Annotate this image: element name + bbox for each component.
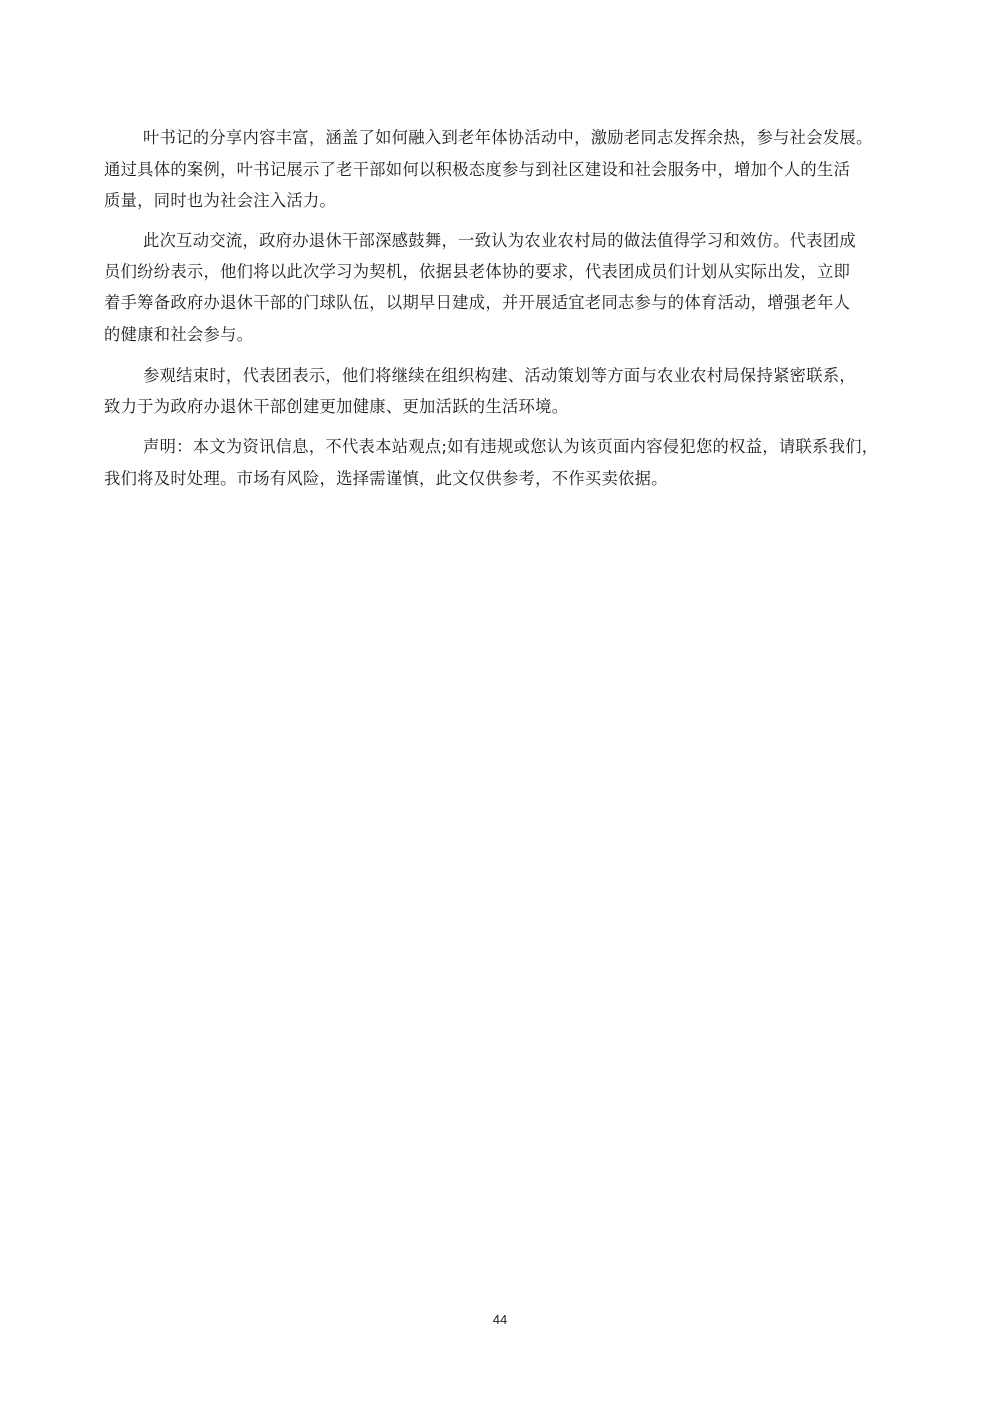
paragraph-2-line-4: 的健康和社会参与。 <box>104 325 253 345</box>
disclaimer-line-1: 声明：本文为资讯信息，不代表本站观点;如有违规或您认为该页面内容侵犯您的权益，请… <box>143 437 878 457</box>
paragraph-3-line-1: 参观结束时，代表团表示，他们将继续在组织构建、活动策划等方面与农业农村局保持紧密… <box>143 366 856 386</box>
paragraph-1-line-2: 通过具体的案例，叶书记展示了老干部如何以积极态度参与到社区建设和社会服务中，增加… <box>104 160 850 180</box>
paragraph-2-line-3: 着手筹备政府办退休干部的门球队伍，以期早日建成，并开展适宜老同志参与的体育活动，… <box>104 293 850 313</box>
page-number: 44 <box>0 1312 1000 1327</box>
paragraph-2-line-2: 员们纷纷表示，他们将以此次学习为契机，依据县老体协的要求，代表团成员们计划从实际… <box>104 262 850 282</box>
paragraph-1-line-1: 叶书记的分享内容丰富，涵盖了如何融入到老年体协活动中，激励老同志发挥余热，参与社… <box>143 128 873 148</box>
disclaimer-line-2: 我们将及时处理。市场有风险，选择需谨慎，此文仅供参考，不作买卖依据。 <box>104 469 668 489</box>
paragraph-3-line-2: 致力于为政府办退休干部创建更加健康、更加活跃的生活环境。 <box>104 397 568 417</box>
paragraph-2-line-1: 此次互动交流，政府办退休干部深感鼓舞，一致认为农业农村局的做法值得学习和效仿。代… <box>143 231 856 251</box>
paragraph-1-line-3: 质量，同时也为社会注入活力。 <box>104 191 336 211</box>
